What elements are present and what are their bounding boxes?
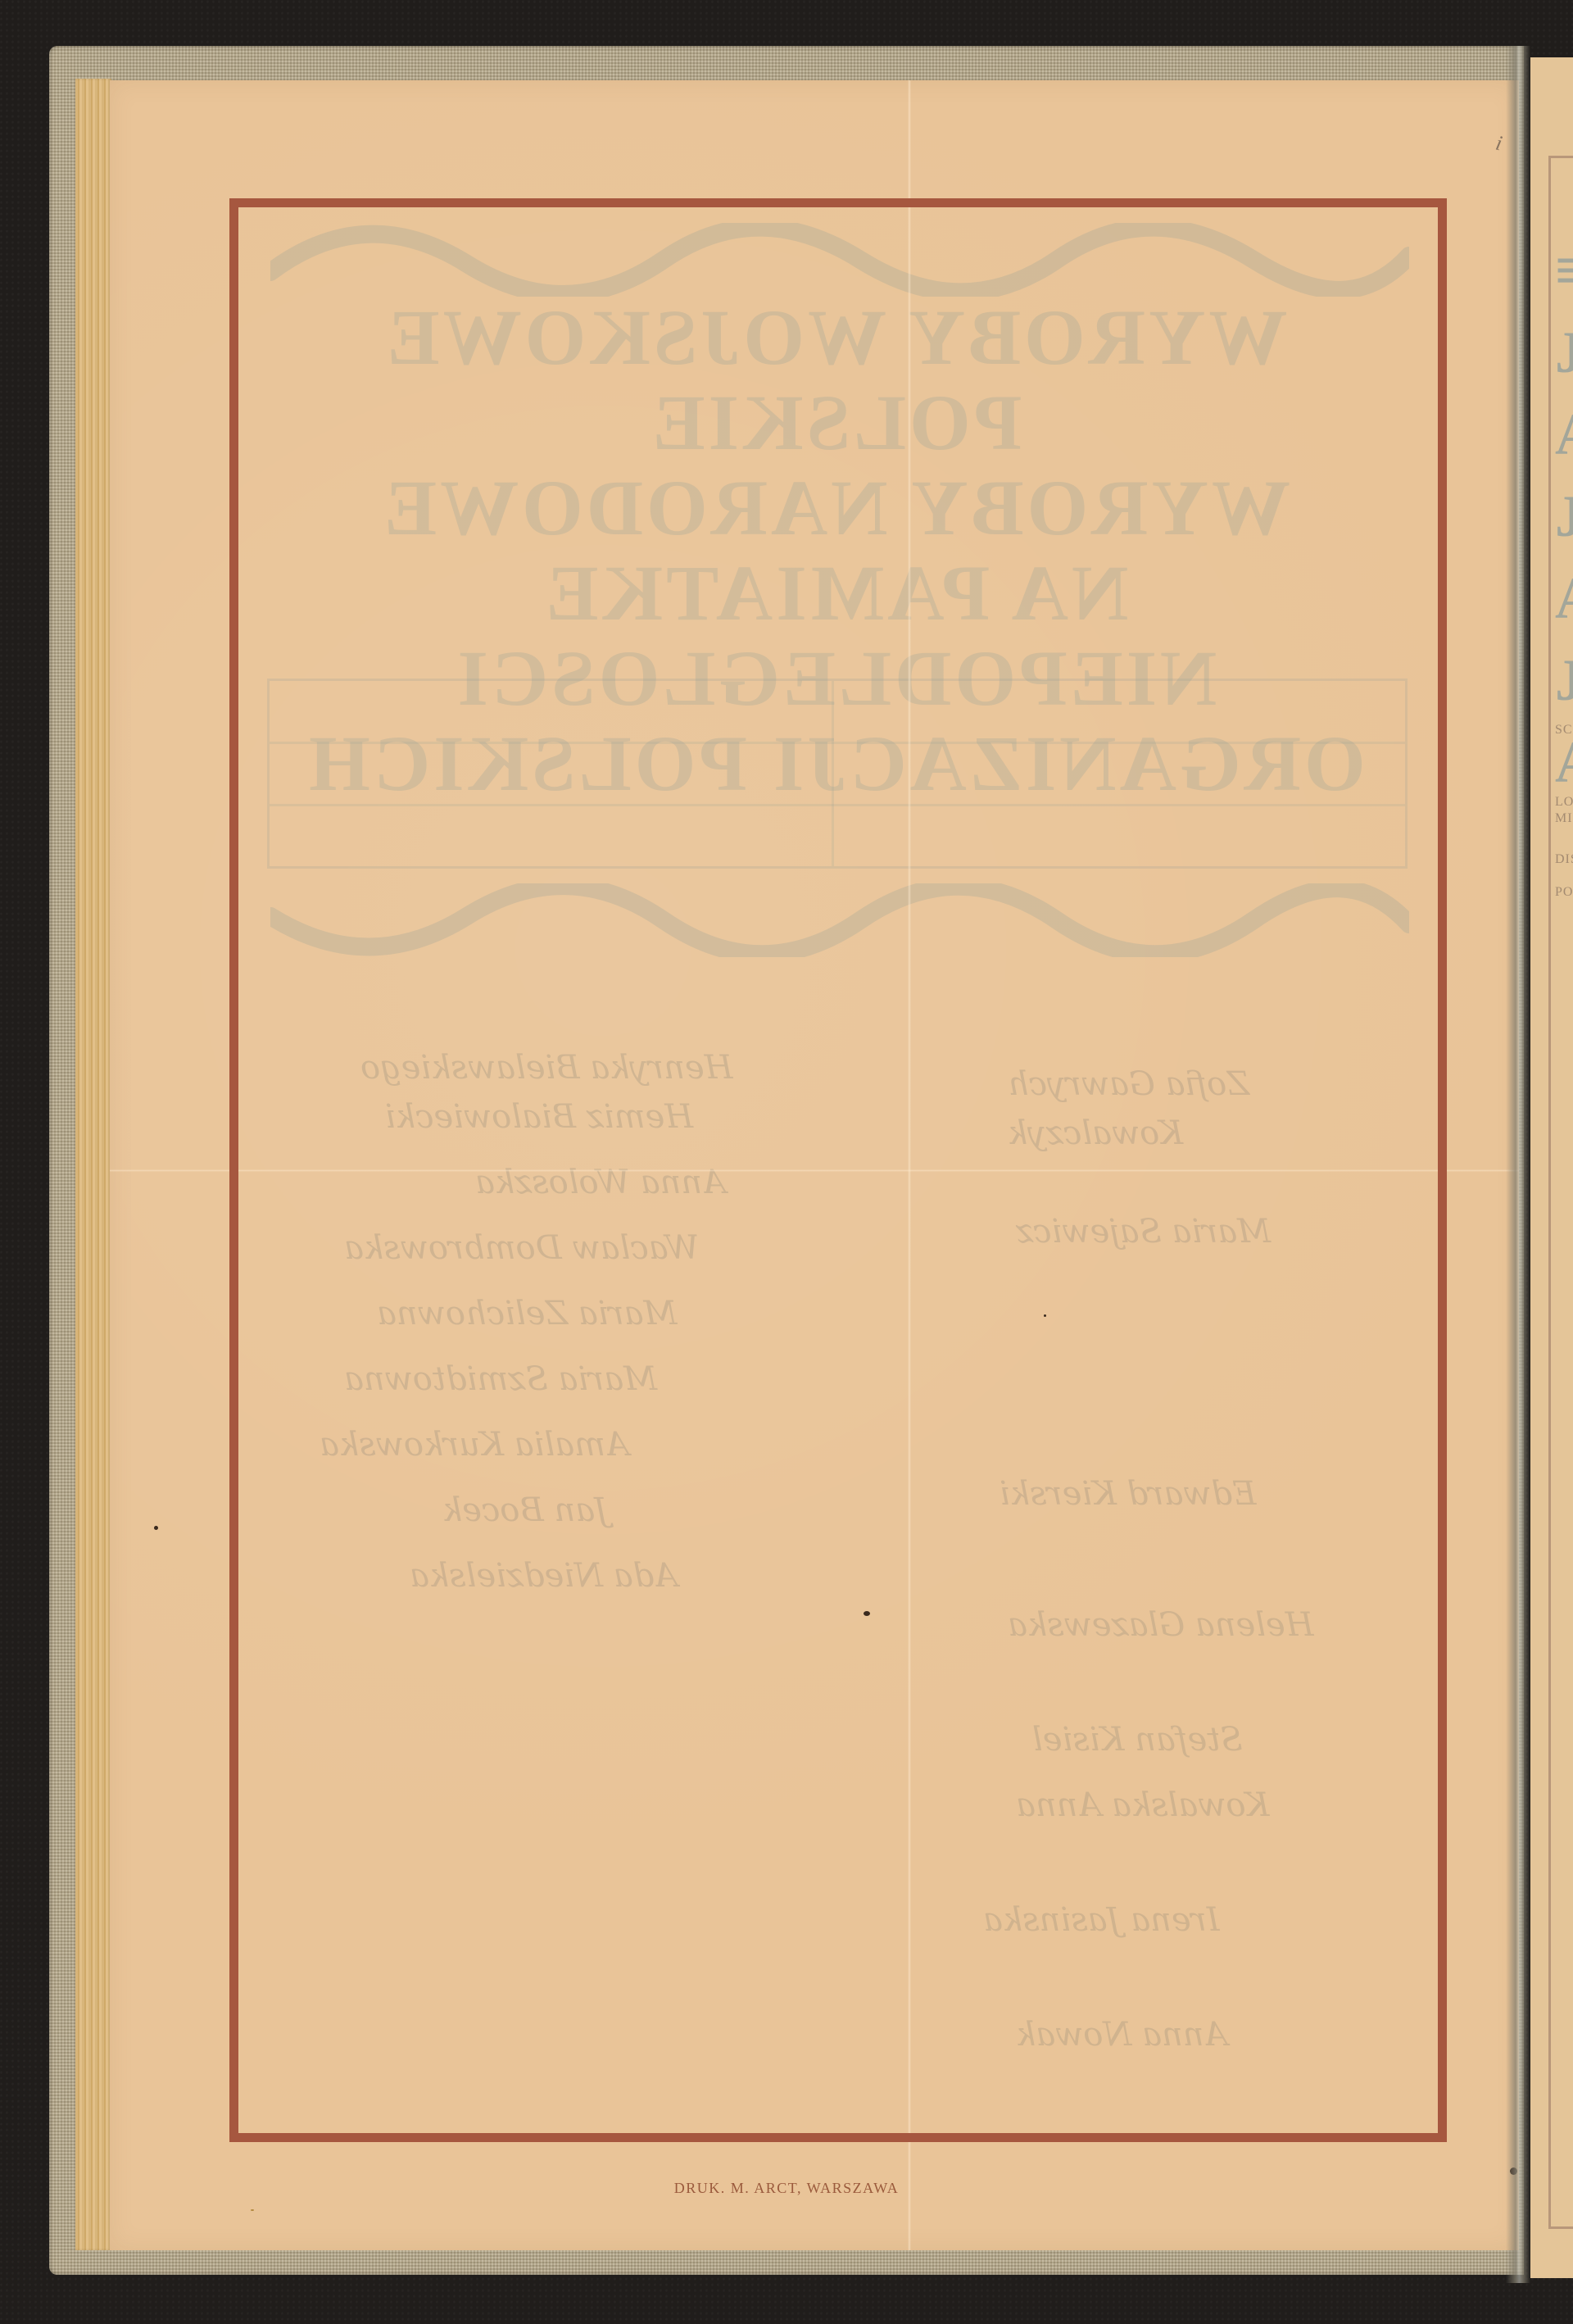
- next-page-label: MIE: [1555, 811, 1573, 826]
- paper-speck: [154, 1526, 158, 1530]
- printer-imprint: DRUK. M. ARCT, WARSZAWA: [0, 2180, 1573, 2197]
- paper-speck: [1044, 1314, 1046, 1317]
- next-page-label: LOC: [1555, 795, 1573, 810]
- next-page-ornament-glyphs: ≡JAJAJA: [1555, 229, 1573, 803]
- book-gutter: [1506, 46, 1530, 2283]
- paper-speck: [864, 1611, 870, 1616]
- next-page-label: POW: [1555, 885, 1573, 900]
- paper-speck: [251, 2209, 254, 2211]
- decorative-border-frame: [229, 198, 1447, 2142]
- page-edge-stack: [75, 79, 111, 2250]
- next-page-label: SCH: [1555, 723, 1573, 738]
- next-page-edge: ≡JAJAJA SCH LOC MIE DIST POW: [1530, 57, 1573, 2278]
- next-page-label: DIST: [1555, 852, 1573, 867]
